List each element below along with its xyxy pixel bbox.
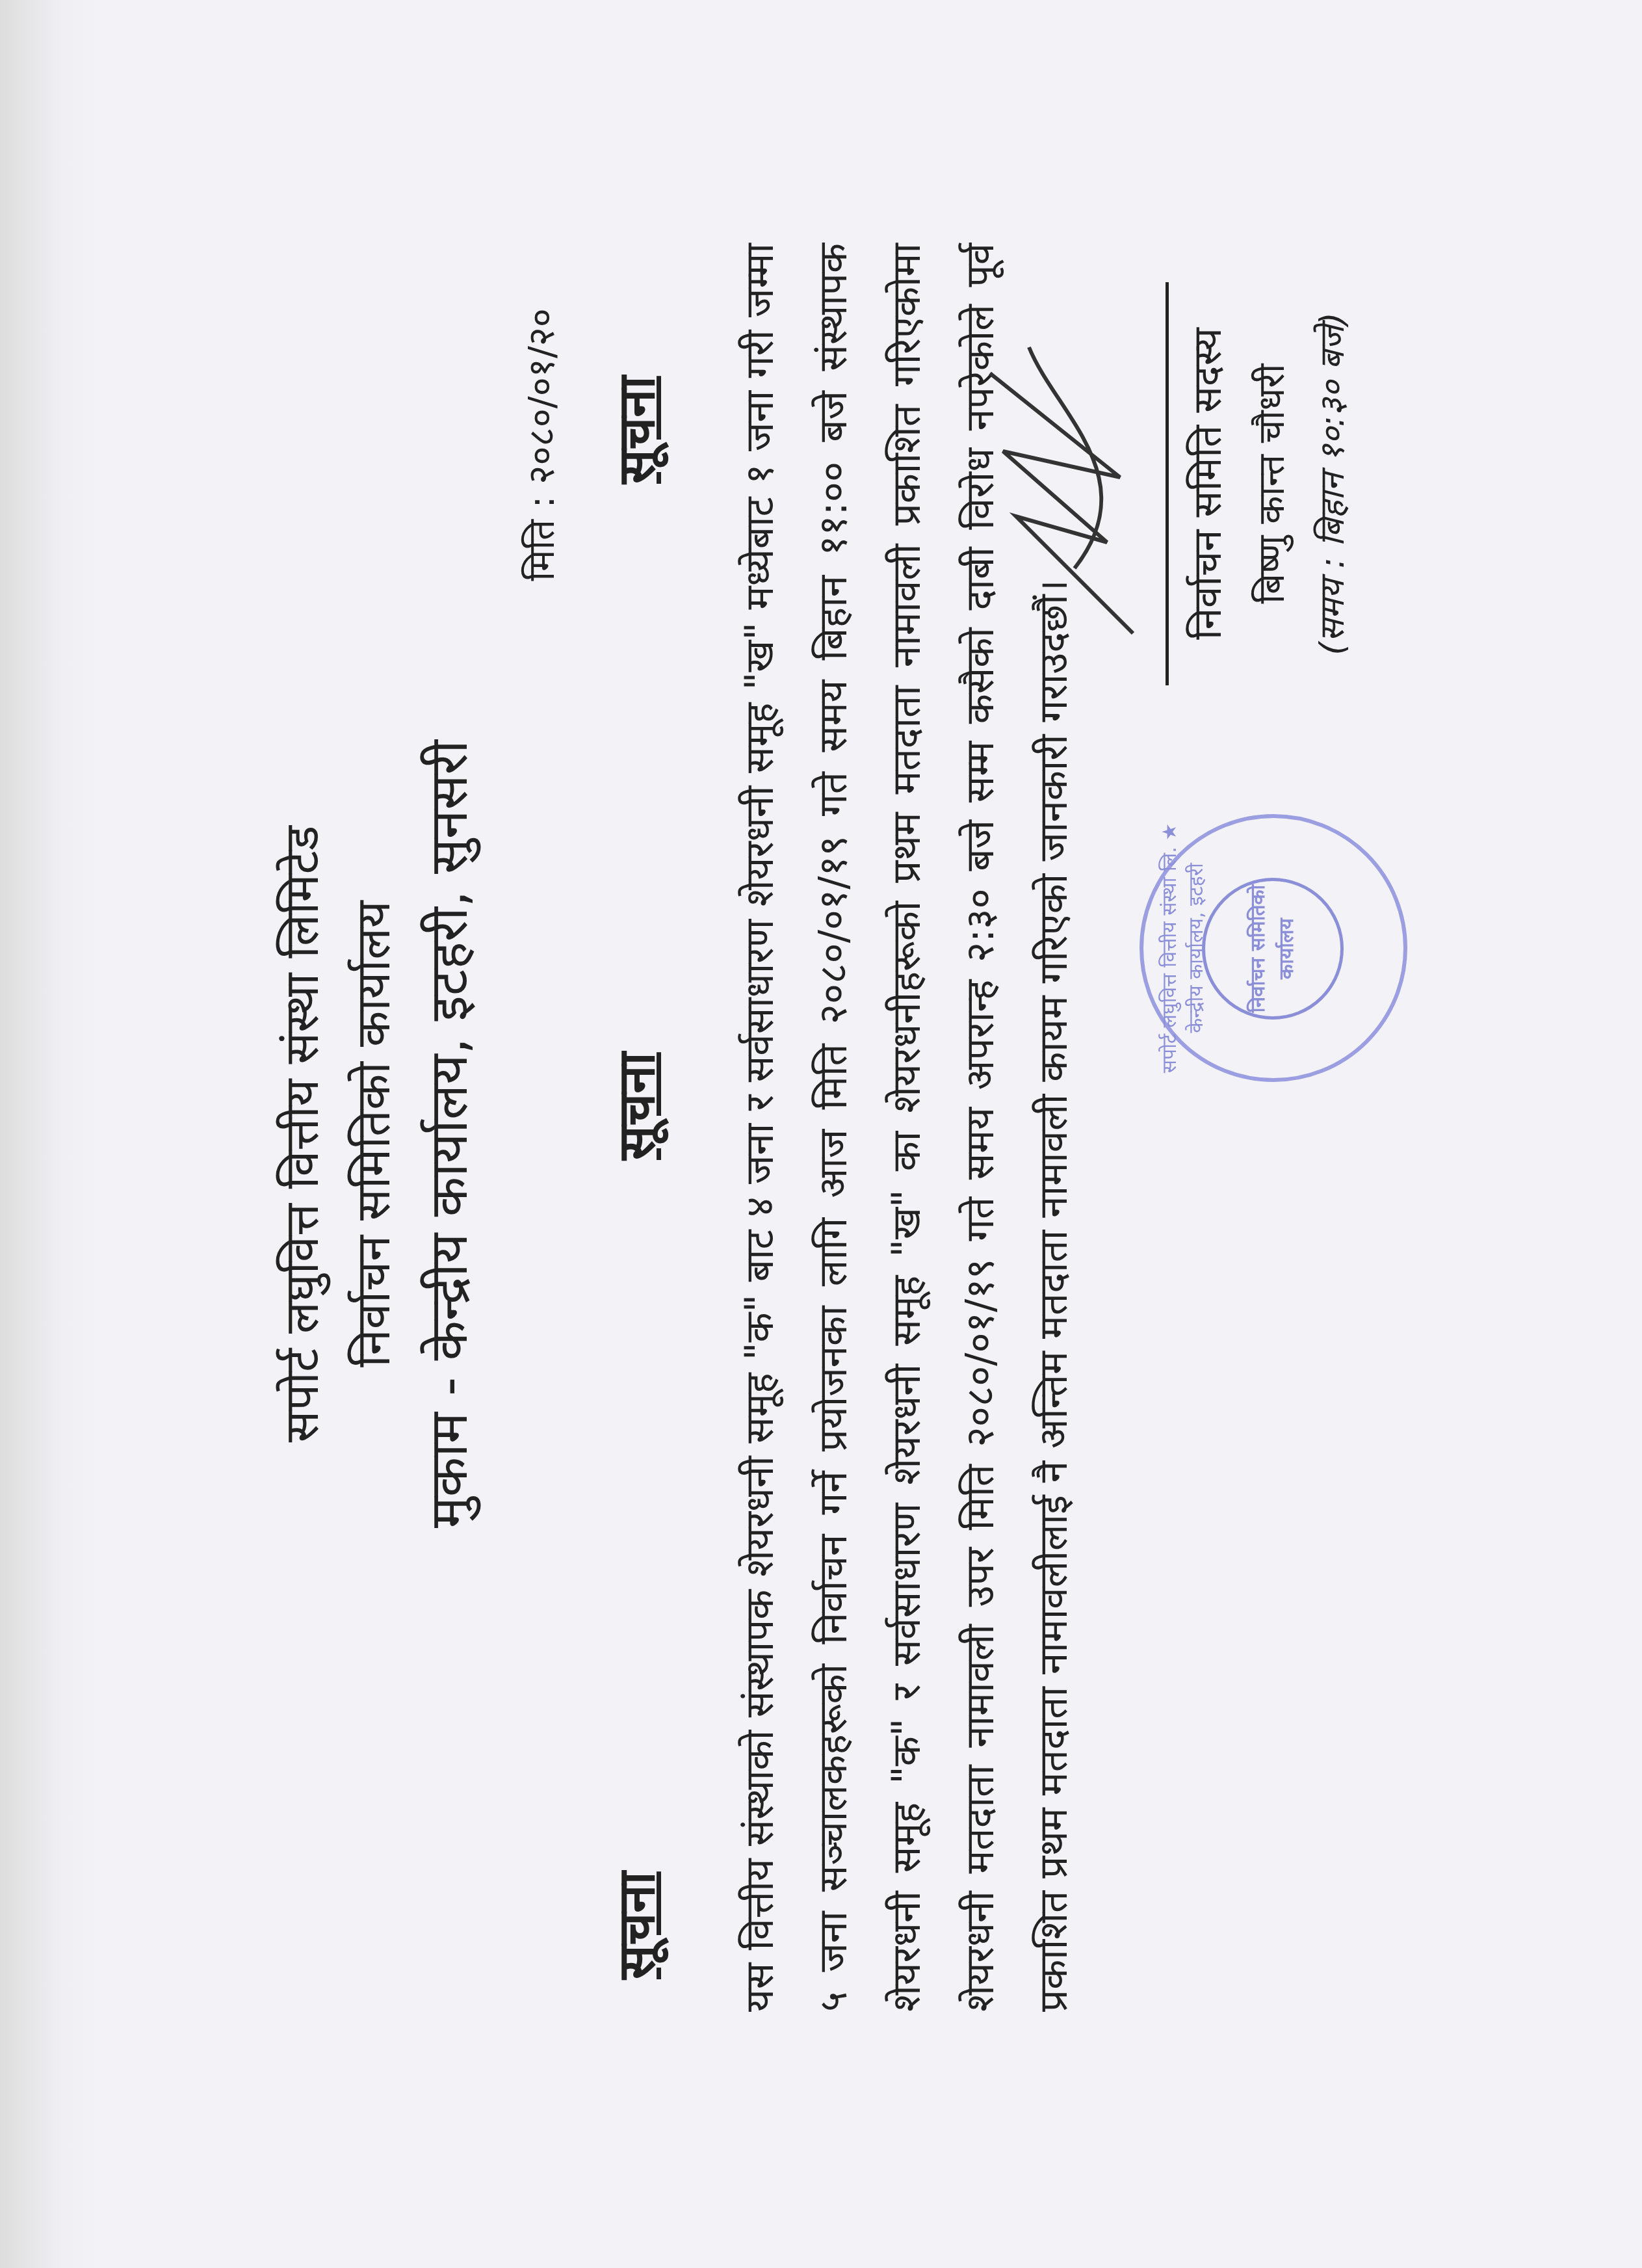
- notice-heading: सूचना: [600, 1052, 669, 1160]
- signature-block: निर्वाचन समिति सदस्य बिष्णु कान्त चौधरी …: [1166, 282, 1354, 685]
- notice-heading: सूचना: [600, 376, 669, 484]
- office-name: निर्वाचन समितिको कार्यालय: [340, 61, 404, 2207]
- signature-line: [1166, 282, 1169, 685]
- office-address: मुकाम - केन्द्रीय कार्यालय, इटहरी, सुनसर…: [411, 61, 482, 2207]
- notice-date: मिति : २०८०/०१/२०: [515, 308, 565, 581]
- signatory-name: बिष्णु कान्त चौधरी: [1245, 282, 1295, 685]
- organization-name: सपोर्ट लघुवित्त वित्तीय संस्था लिमिटेड: [268, 61, 332, 2207]
- stamp-ring-text: सपोर्ट लघुवित्त वित्तीय संस्था लि. ★ केन…: [1155, 818, 1208, 1078]
- notice-document: सपोर्ट लघुवित्त वित्तीय संस्था लिमिटेड न…: [73, 61, 1569, 2207]
- notice-heading: सूचना: [600, 1871, 669, 1979]
- signature-time: (समय : बिहान १०:३० बजे): [1308, 282, 1354, 685]
- signature-scrawl-icon: [977, 334, 1159, 646]
- signatory-title: निर्वाचन समिति सदस्य: [1179, 282, 1232, 685]
- office-stamp: सपोर्ट लघुवित्त वित्तीय संस्था लि. ★ केन…: [1140, 814, 1407, 1082]
- stamp-center-text: निर्वाचन समितिको कार्यालय: [1202, 878, 1344, 1020]
